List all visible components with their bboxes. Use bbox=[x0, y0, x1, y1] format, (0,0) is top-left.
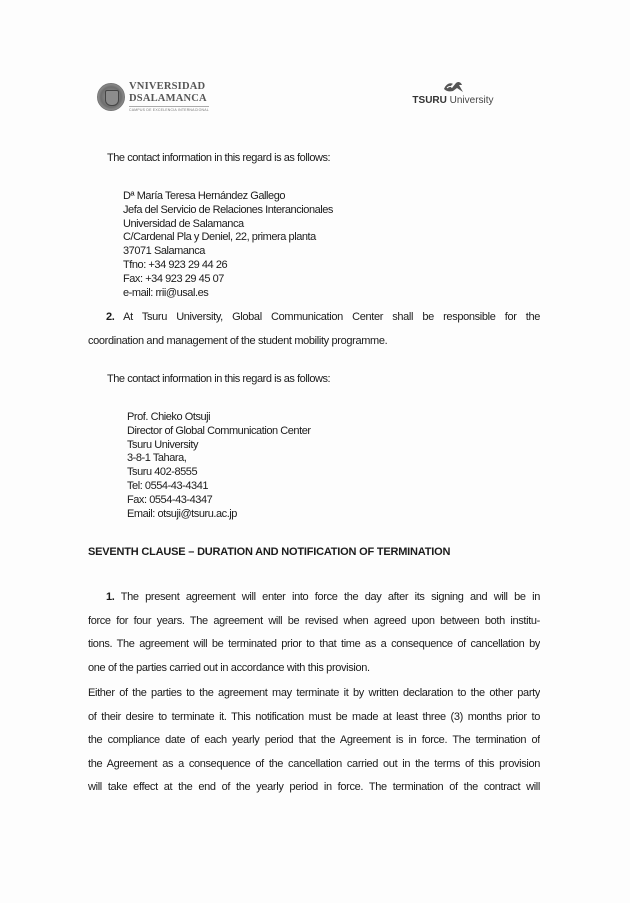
usal-contact-block: Dª María Teresa Hernández Gallego Jefa d… bbox=[123, 190, 333, 300]
tsuru-contact-block: Prof. Chieko Otsuji Director of Global C… bbox=[127, 411, 311, 521]
paragraph-line: 1. The present agreement will enter into… bbox=[88, 586, 540, 610]
contact-position: Jefa del Servicio de Relaciones Interanc… bbox=[123, 204, 333, 218]
usal-logo: VNIVERSIDAD DSALAMANCA CAMPUS DE EXCELEN… bbox=[97, 82, 209, 113]
clause-2-line: coordination and management of the stude… bbox=[88, 330, 540, 354]
tsuru-bold: TSURU bbox=[412, 95, 446, 106]
paragraph-line: will take effect at the end of the yearl… bbox=[88, 776, 540, 800]
clause-2-line: 2. At Tsuru University, Global Communica… bbox=[88, 306, 540, 330]
crane-bird-icon bbox=[442, 80, 464, 93]
usal-wordmark: VNIVERSIDAD DSALAMANCA CAMPUS DE EXCELEN… bbox=[129, 82, 209, 113]
tsuru-logo: TSURU University bbox=[410, 80, 496, 106]
contact-city: Tsuru 402-8555 bbox=[127, 466, 311, 480]
paragraph-line: the compliance date of each yearly perio… bbox=[88, 729, 540, 753]
paragraph-line: Either of the parties to the agreement m… bbox=[88, 682, 540, 706]
contact-name: Dª María Teresa Hernández Gallego bbox=[123, 190, 333, 204]
contact-institution: Tsuru University bbox=[127, 439, 311, 453]
contact-intro-usal: The contact information in this regard i… bbox=[107, 152, 330, 164]
contact-phone: Tfno: +34 923 29 44 26 bbox=[123, 259, 333, 273]
seventh-clause-paragraph-2: Either of the parties to the agreement m… bbox=[88, 682, 540, 800]
paragraph-line: force for four years. The agreement will… bbox=[88, 610, 540, 634]
contact-email[interactable]: e-mail: rrii@usal.es bbox=[123, 287, 333, 301]
contact-city: 37071 Salamanca bbox=[123, 245, 333, 259]
contact-name: Prof. Chieko Otsuji bbox=[127, 411, 311, 425]
contact-fax: Fax: 0554-43-4347 bbox=[127, 494, 311, 508]
paragraph-line: one of the parties carried out in accord… bbox=[88, 657, 540, 681]
seventh-clause-paragraph-1: 1. The present agreement will enter into… bbox=[88, 586, 540, 680]
seventh-clause-heading: SEVENTH CLAUSE – DURATION AND NOTIFICATI… bbox=[88, 546, 450, 558]
usal-line1: VNIVERSIDAD bbox=[129, 82, 209, 93]
paragraph-line: of their desire to terminate it. This no… bbox=[88, 706, 540, 730]
contact-email[interactable]: Email: otsuji@tsuru.ac.jp bbox=[127, 508, 311, 522]
contact-phone: Tel: 0554-43-4341 bbox=[127, 480, 311, 494]
usal-line2: DSALAMANCA bbox=[129, 94, 209, 108]
tsuru-rest: University bbox=[447, 95, 494, 106]
paragraph-line: the Agreement as a consequence of the ca… bbox=[88, 753, 540, 777]
tsuru-wordmark: TSURU University bbox=[410, 95, 496, 106]
usal-subtitle: CAMPUS DE EXCELENCIA INTERNACIONAL bbox=[129, 109, 209, 113]
contact-fax: Fax: +34 923 29 45 07 bbox=[123, 273, 333, 287]
paragraph-line: tions. The agreement will be terminated … bbox=[88, 633, 540, 657]
contact-address: 3-8-1 Tahara, bbox=[127, 452, 311, 466]
contact-intro-tsuru: The contact information in this regard i… bbox=[107, 373, 330, 385]
university-seal-icon bbox=[97, 83, 125, 111]
contact-position: Director of Global Communication Center bbox=[127, 425, 311, 439]
contact-address: C/Cardenal Pla y Deniel, 22, primera pla… bbox=[123, 231, 333, 245]
contact-institution: Universidad de Salamanca bbox=[123, 218, 333, 232]
document-page: VNIVERSIDAD DSALAMANCA CAMPUS DE EXCELEN… bbox=[0, 0, 630, 903]
clause-2-paragraph: 2. At Tsuru University, Global Communica… bbox=[88, 306, 540, 353]
